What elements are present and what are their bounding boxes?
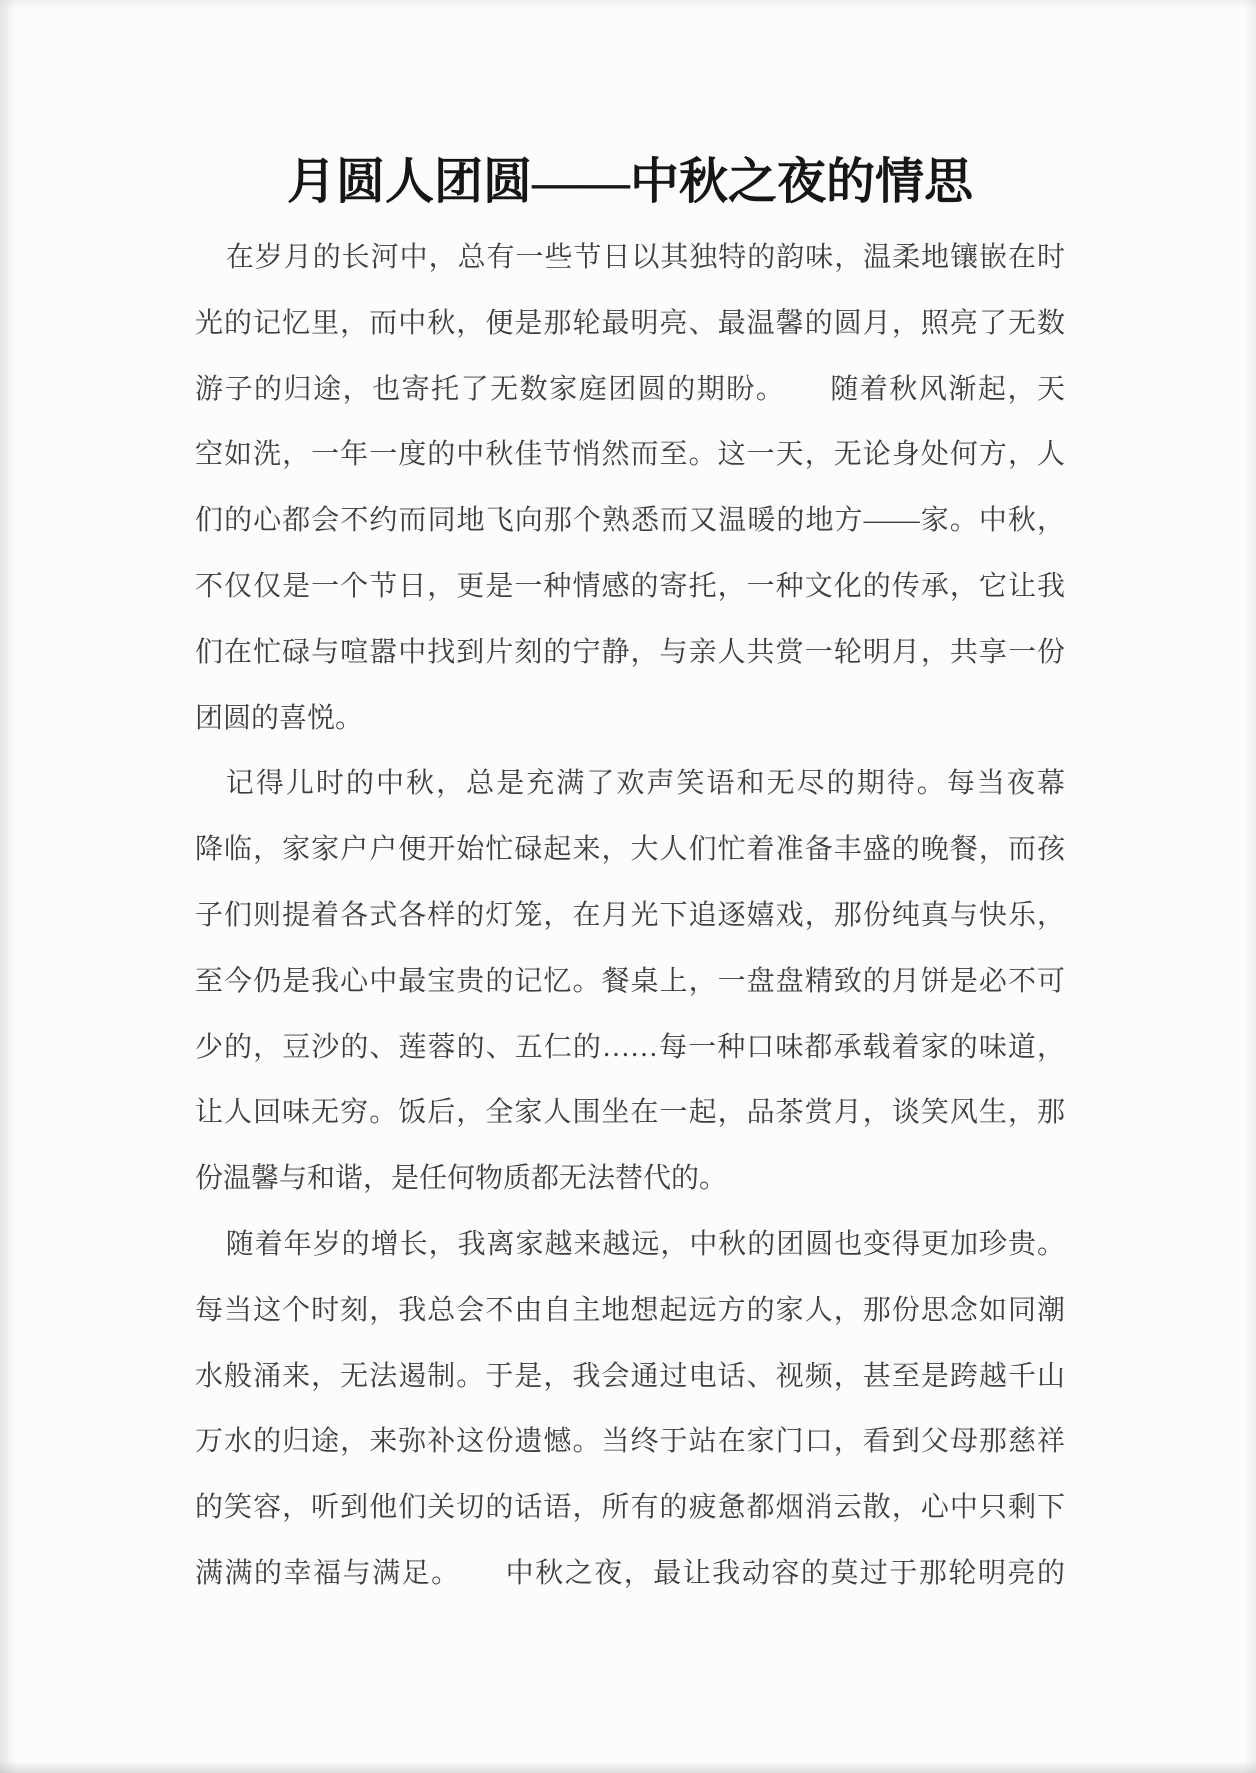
text-line: 团圆的喜悦。 [195, 686, 1065, 752]
text-line: 份温馨与和谐，是任何物质都无法替代的。 [195, 1146, 1065, 1212]
document-title: 月圆人团圆——中秋之夜的情思 [195, 150, 1065, 214]
document-body: 在岁月的长河中，总有一些节日以其独特的韵味，温柔地镶嵌在时 光的记忆里，而中秋，… [195, 225, 1065, 1607]
text-line: 每当这个时刻，我总会不由自主地想起远方的家人，那份思念如同潮 [195, 1278, 1065, 1344]
text-line: 光的记忆里，而中秋，便是那轮最明亮、最温馨的圆月，照亮了无数 [195, 291, 1065, 357]
text-line: 子们则提着各式各样的灯笼，在月光下追逐嬉戏，那份纯真与快乐， [195, 883, 1065, 949]
text-line: 降临，家家户户便开始忙碌起来，大人们忙着准备丰盛的晚餐，而孩 [195, 817, 1065, 883]
text-line: 少的，豆沙的、莲蓉的、五仁的……每一种口味都承载着家的味道， [195, 1015, 1065, 1081]
text-line: 记得儿时的中秋，总是充满了欢声笑语和无尽的期待。每当夜幕 [195, 751, 1065, 817]
text-line: 随着年岁的增长，我离家越来越远，中秋的团圆也变得更加珍贵。 [195, 1212, 1065, 1278]
document-content: 月圆人团圆——中秋之夜的情思 在岁月的长河中，总有一些节日以其独特的韵味，温柔地… [195, 150, 1065, 1607]
text-line: 们的心都会不约而同地飞向那个熟悉而又温暖的地方——家。中秋， [195, 488, 1065, 554]
text-line: 让人回味无穷。饭后，全家人围坐在一起，品茶赏月，谈笑风生，那 [195, 1080, 1065, 1146]
text-line: 至今仍是我心中最宝贵的记忆。餐桌上，一盘盘精致的月饼是必不可 [195, 949, 1065, 1015]
document-page: 月圆人团圆——中秋之夜的情思 在岁月的长河中，总有一些节日以其独特的韵味，温柔地… [0, 0, 1256, 1773]
text-line: 水般涌来，无法遏制。于是，我会通过电话、视频，甚至是跨越千山 [195, 1344, 1065, 1410]
text-line: 游子的归途，也寄托了无数家庭团圆的期盼。 随着秋风渐起，天 [195, 357, 1065, 423]
text-line: 不仅仅是一个节日，更是一种情感的寄托，一种文化的传承，它让我 [195, 554, 1065, 620]
text-line: 的笑容，听到他们关切的话语，所有的疲惫都烟消云散，心中只剩下 [195, 1475, 1065, 1541]
text-line: 满满的幸福与满足。 中秋之夜，最让我动容的莫过于那轮明亮的 [195, 1541, 1065, 1607]
text-line: 们在忙碌与喧嚣中找到片刻的宁静，与亲人共赏一轮明月，共享一份 [195, 620, 1065, 686]
text-line: 空如洗，一年一度的中秋佳节悄然而至。这一天，无论身处何方，人 [195, 422, 1065, 488]
text-line: 万水的归途，来弥补这份遗憾。当终于站在家门口，看到父母那慈祥 [195, 1409, 1065, 1475]
text-line: 在岁月的长河中，总有一些节日以其独特的韵味，温柔地镶嵌在时 [195, 225, 1065, 291]
